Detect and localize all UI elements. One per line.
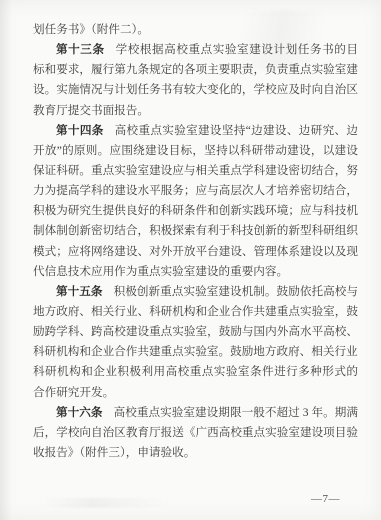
scanned-document-page: 划任务书》（附件二）。第十三条学校根据高校重点实验室建设计划任务书的目标和要求，… [0, 0, 381, 520]
text-line: 第十六条高校重点实验室建设期限一般不超过 3 年。期满 [33, 403, 358, 423]
line-text: 教育厅提交书面报告。 [33, 104, 149, 117]
text-line: 科研机构和企业合作共建重点实验室。鼓励地方政府、相关行业、 [33, 342, 358, 362]
text-line: 设。实施情况与计划任务书有较大变化的，学校应及时向自治区 [33, 80, 358, 100]
text-line: 标和要求，履行第九条规定的各项主要职责，负责重点实验室建 [33, 60, 358, 80]
line-text: 高校重点实验室建设坚持“边建设、边研究、边 [115, 124, 358, 137]
text-line: 合作研究开发。 [33, 383, 358, 403]
line-text: 励跨学科、跨高校建设重点实验室，鼓励与国内外高水平高校、 [33, 325, 358, 338]
line-text: 保证科研。重点实验室建设应与相关重点学科建设密切结合，努 [33, 164, 358, 177]
text-line: 力为提高学科的建设水平服务；应与高层次人才培养密切结合， [33, 181, 358, 201]
line-text: 划任务书》（附件二）。 [33, 23, 149, 36]
line-text: 科研机构和企业积极利用高校重点实验室条件进行多种形式的 [33, 365, 358, 378]
text-line: 收报告》（附件三），申请验收。 [33, 443, 358, 463]
scan-artifact [0, 0, 12, 520]
scan-artifact [40, 498, 170, 508]
article-heading: 第十四条 [56, 124, 104, 137]
text-line: 划任务书》（附件二）。 [33, 20, 358, 40]
line-text: 代信息技术应用作为重点实验室建设的重要内容。 [33, 265, 288, 278]
text-line: 后，学校向自治区教育厅报送《广西高校重点实验室建设项目验 [33, 423, 358, 443]
text-line: 代信息技术应用作为重点实验室建设的重要内容。 [33, 262, 358, 282]
line-text: 学校根据高校重点实验室建设计划任务书的目 [116, 43, 358, 56]
text-line: 教育厅提交书面报告。 [33, 101, 358, 121]
page-number: —7— [311, 492, 340, 506]
article-heading: 第十三条 [56, 43, 105, 56]
line-text: 力为提高学科的建设水平服务；应与高层次人才培养密切结合， [33, 184, 358, 197]
line-text: 开放”的原则。应围绕建设目标，坚持以科研带动建设，以建设 [33, 144, 358, 157]
text-line: 模式；应将网络建设、对外开放平台建设、管理体系建设以及现 [33, 242, 358, 262]
line-text: 后，学校向自治区教育厅报送《广西高校重点实验室建设项目验 [33, 426, 358, 439]
text-line: 第十五条积极创新重点实验室建设机制。鼓励依托高校与 [33, 282, 358, 302]
line-text: 收报告》（附件三），申请验收。 [33, 446, 195, 459]
line-text: 科研机构和企业合作共建重点实验室。鼓励地方政府、相关行业、 [33, 345, 358, 358]
line-text: 标和要求，履行第九条规定的各项主要职责，负责重点实验室建 [33, 63, 358, 76]
article-heading: 第十六条 [56, 406, 103, 419]
text-line: 制体制创新密切结合，积极探索有利于科技创新的新型科研组织 [33, 221, 358, 241]
document-text-block: 划任务书》（附件二）。第十三条学校根据高校重点实验室建设计划任务书的目标和要求，… [33, 20, 358, 463]
text-line: 保证科研。重点实验室建设应与相关重点学科建设密切结合，努 [33, 161, 358, 181]
line-text: 模式；应将网络建设、对外开放平台建设、管理体系建设以及现 [33, 245, 358, 258]
text-line: 积极为研究生提供良好的科研条件和创新实践环境；应与科技机 [33, 201, 358, 221]
article-heading: 第十五条 [56, 285, 103, 298]
text-line: 科研机构和企业积极利用高校重点实验室条件进行多种形式的 [33, 362, 358, 382]
text-line: 第十四条高校重点实验室建设坚持“边建设、边研究、边 [33, 121, 358, 141]
line-text: 积极创新重点实验室建设机制。鼓励依托高校与 [114, 285, 358, 298]
line-text: 合作研究开发。 [33, 386, 114, 399]
line-text: 设。实施情况与计划任务书有较大变化的，学校应及时向自治区 [33, 83, 358, 96]
line-text: 地方政府、相关行业、科研机构和企业合作共建重点实验室，鼓 [33, 305, 358, 318]
text-line: 第十三条学校根据高校重点实验室建设计划任务书的目 [33, 40, 358, 60]
text-line: 开放”的原则。应围绕建设目标，坚持以科研带动建设，以建设 [33, 141, 358, 161]
line-text: 制体制创新密切结合，积极探索有利于科技创新的新型科研组织 [33, 224, 358, 237]
line-text: 高校重点实验室建设期限一般不超过 3 年。期满 [114, 406, 358, 419]
text-line: 励跨学科、跨高校建设重点实验室，鼓励与国内外高水平高校、 [33, 322, 358, 342]
line-text: 积极为研究生提供良好的科研条件和创新实践环境；应与科技机 [33, 204, 358, 217]
text-line: 地方政府、相关行业、科研机构和企业合作共建重点实验室，鼓 [33, 302, 358, 322]
